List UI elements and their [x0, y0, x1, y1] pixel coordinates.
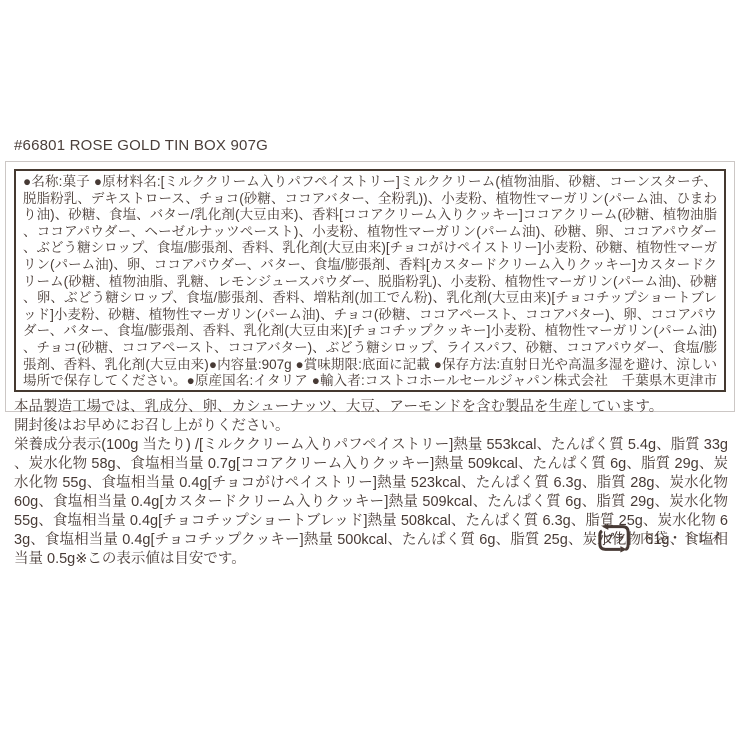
product-title: #66801 ROSE GOLD TIN BOX 907G: [14, 137, 268, 154]
plastic-recycle-icon: プラ: [597, 523, 631, 553]
facility-allergen-note: 本品製造工場では、乳成分、卵、カシューナッツ、大豆、アーモンドを含む製品を生産し…: [14, 398, 728, 417]
ingredients-text: ●名称:菓子 ●原材料名:[ミルククリーム入りパフペイストリー]ミルククリーム(…: [23, 174, 717, 392]
recycle-materials-label: 内袋・トレイ: [640, 528, 723, 548]
after-opening-note: 開封後はお早めにお召し上がりください。: [14, 417, 728, 436]
product-label-page: #66801 ROSE GOLD TIN BOX 907G ●名称:菓子 ●原材…: [0, 0, 740, 740]
recycle-row: プラ 内袋・トレイ: [597, 523, 723, 553]
ingredients-box: ●名称:菓子 ●原材料名:[ミルククリーム入りパフペイストリー]ミルククリーム(…: [14, 169, 726, 392]
plastic-mark-text: プラ: [603, 531, 626, 545]
